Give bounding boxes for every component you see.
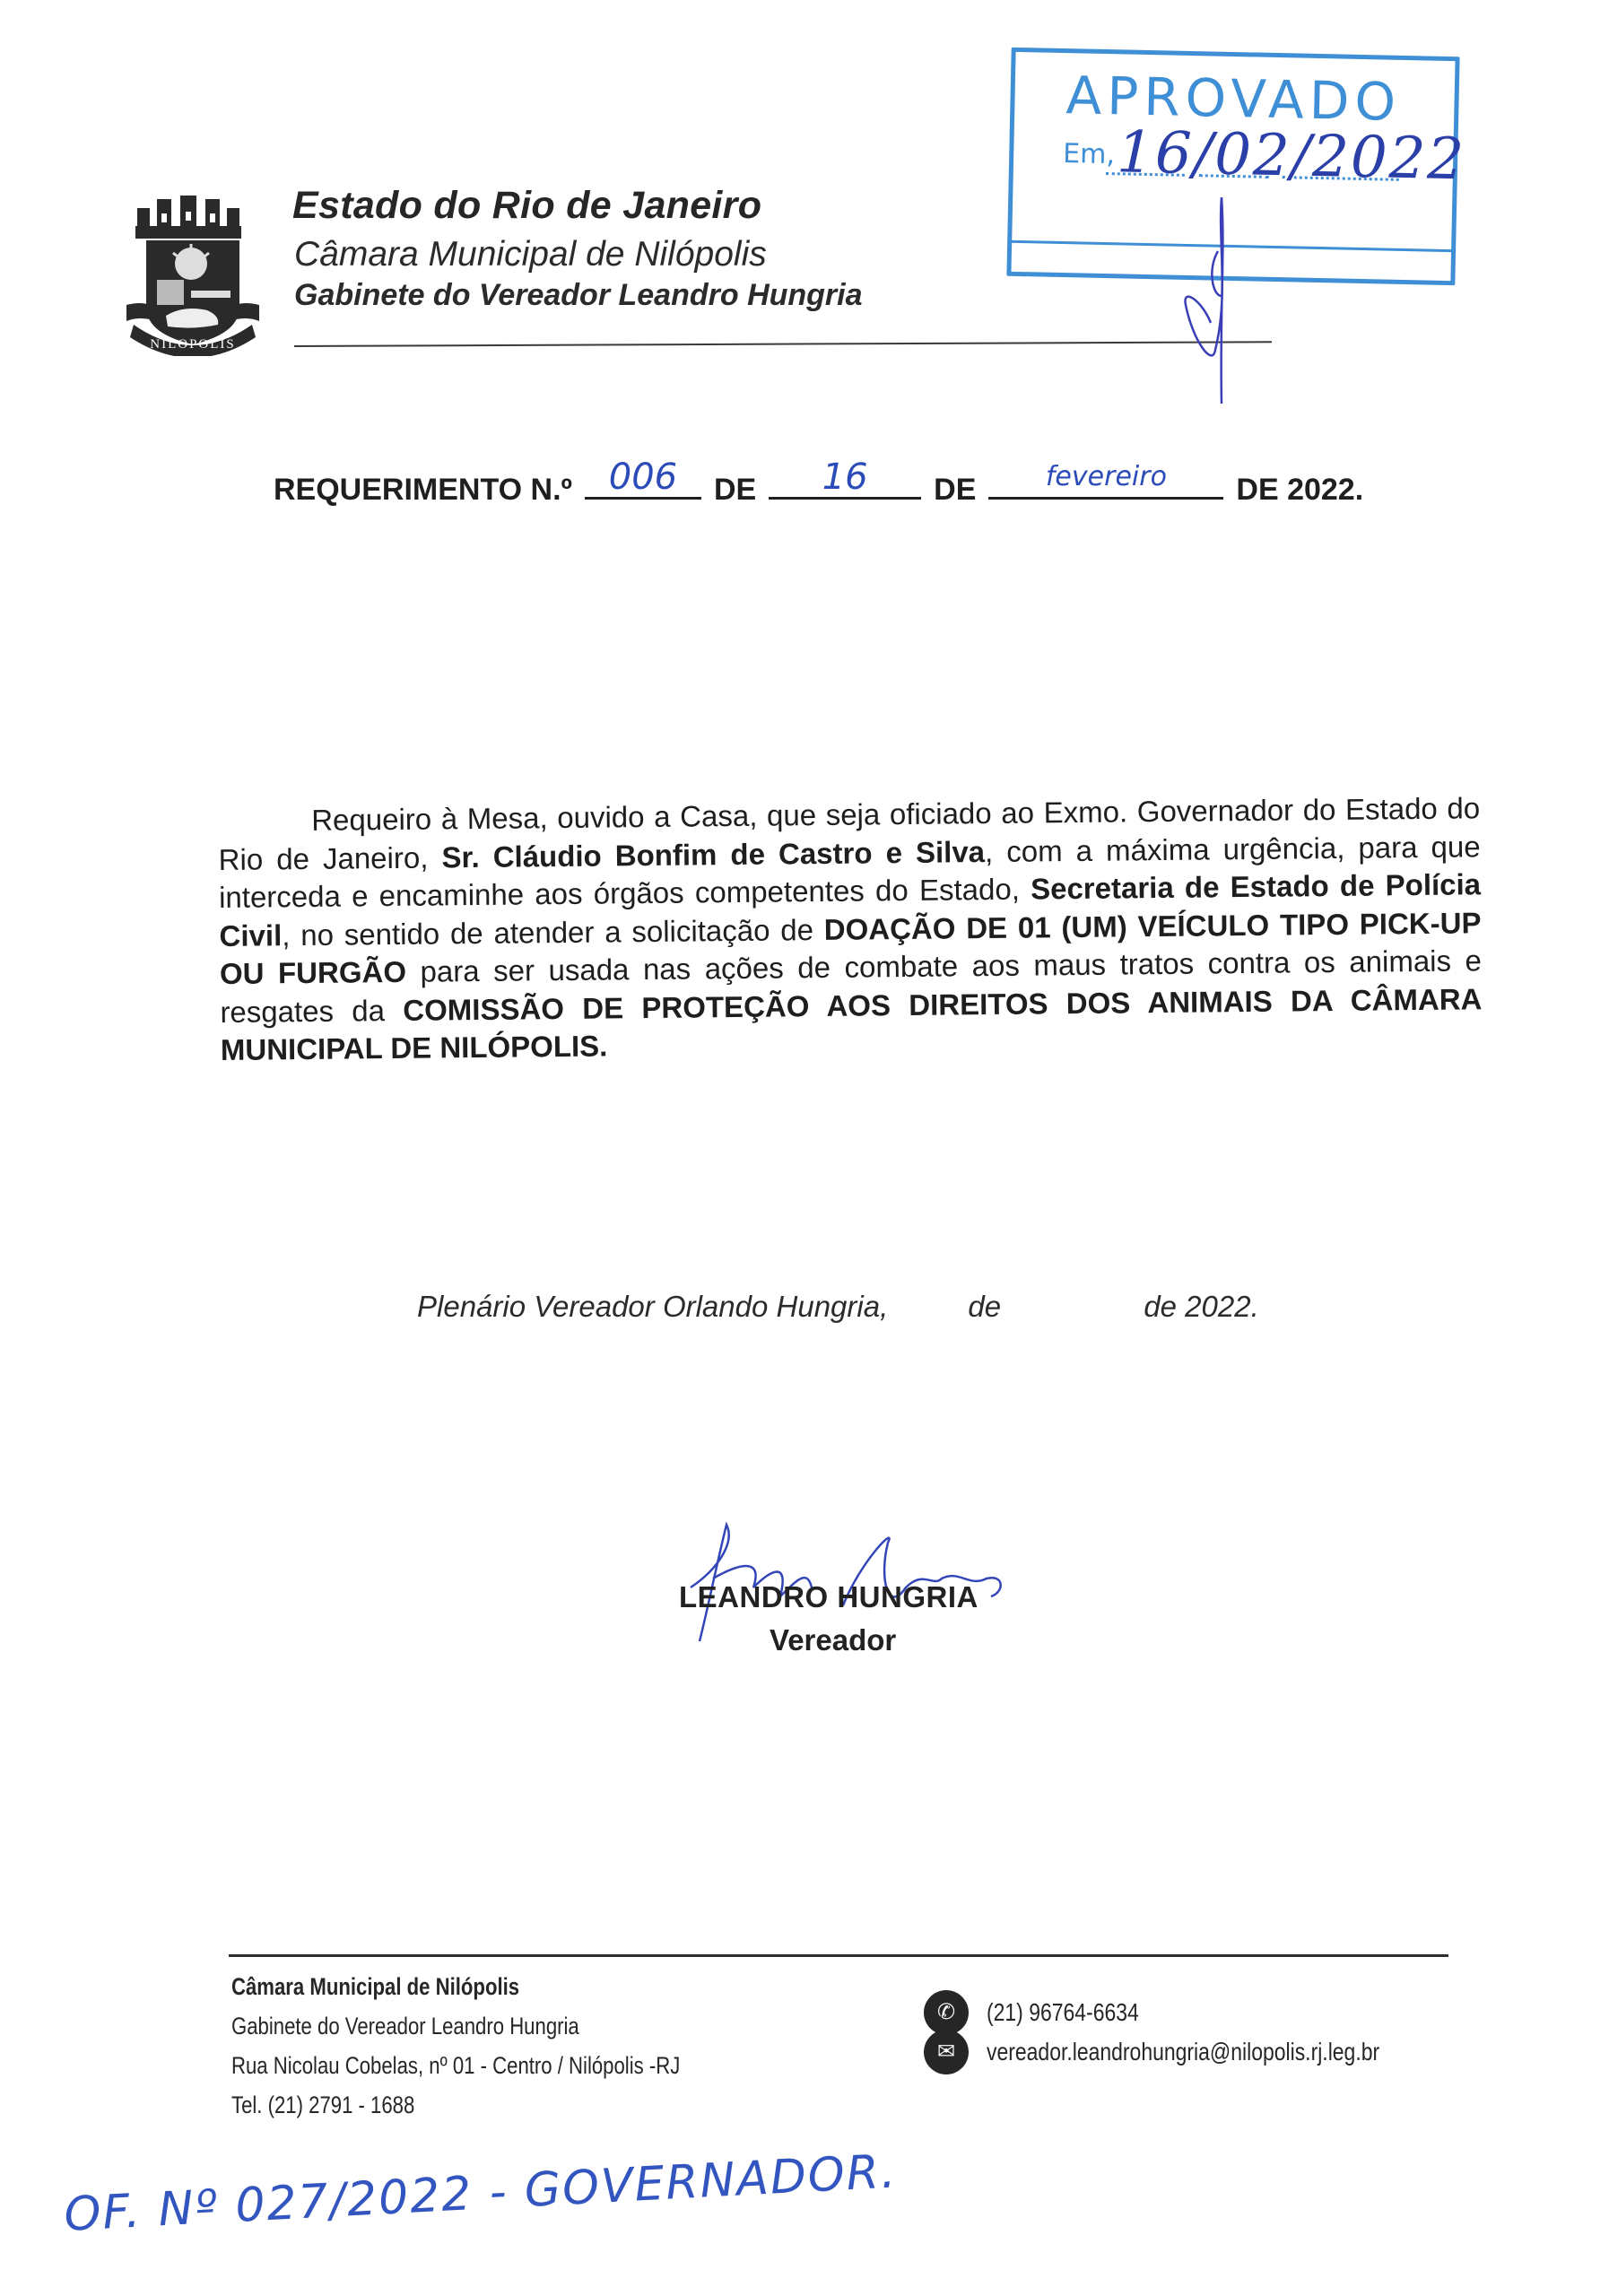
requirement-day: 16 xyxy=(769,459,921,495)
municipal-coat-of-arms-icon: NILOPOLIS xyxy=(121,190,265,356)
body-emphasis: COMISSÃO DE PROTEÇÃO AOS DIREITOS DOS AN… xyxy=(221,982,1483,1066)
requirement-de-label-2: DE xyxy=(934,473,976,507)
header-state-title: Estado do Rio de Janeiro xyxy=(292,184,761,228)
requirement-month-field: fevereiro xyxy=(988,466,1223,500)
approval-signature-icon xyxy=(1166,143,1274,413)
closing-day-label: de xyxy=(968,1290,1001,1324)
signatory-name: LEANDRO HUNGRIA xyxy=(679,1580,978,1614)
signatory-role: Vereador xyxy=(770,1623,896,1657)
body-emphasis: Sr. Cláudio Bonfim de Castro e Silva xyxy=(441,835,985,874)
closing-line: Plenário Vereador Orlando Hungria, de de… xyxy=(417,1290,1259,1324)
footer-whatsapp-number[interactable]: (21) 96764-6634 xyxy=(987,1993,1139,2032)
footer-office-name: Gabinete do Vereador Leandro Hungria xyxy=(231,2006,680,2046)
requirement-de-label: DE xyxy=(714,473,756,507)
footer-email-address[interactable]: vereador.leandrohungria@nilopolis.rj.leg… xyxy=(987,2032,1379,2072)
footer-address: Rua Nicolau Cobelas, nº 01 - Centro / Ni… xyxy=(231,2046,680,2085)
header-office-name: Gabinete do Vereador Leandro Hungria xyxy=(294,278,863,313)
footer-chamber-name: Câmara Municipal de Nilópolis xyxy=(231,1967,680,2006)
footer-contact-email: ✉ vereador.leandrohungria@nilopolis.rj.l… xyxy=(924,2032,1465,2072)
requirement-label: REQUERIMENTO N.º xyxy=(274,473,572,507)
requirement-header-line: REQUERIMENTO N.º006DE16DEfevereiroDE 202… xyxy=(274,466,1363,508)
whatsapp-icon: ✆ xyxy=(924,1990,969,2035)
footer-divider xyxy=(229,1954,1448,1957)
requirement-year: DE 2022. xyxy=(1236,473,1363,507)
requirement-month: fevereiro xyxy=(988,459,1223,495)
header-chamber-name: Câmara Municipal de Nilópolis xyxy=(294,235,767,274)
requirement-number-field: 006 xyxy=(585,466,701,500)
requirement-number: 006 xyxy=(585,459,701,495)
footer-telephone: Tel. (21) 2791 - 1688 xyxy=(231,2085,680,2125)
footer-contacts: ✆ (21) 96764-6634 ✉ vereador.leandrohung… xyxy=(924,1993,1465,2072)
body-text-segment: , no sentido de atender a solicitação de xyxy=(282,912,824,951)
svg-text:NILOPOLIS: NILOPOLIS xyxy=(150,337,236,352)
mail-icon: ✉ xyxy=(924,2030,969,2074)
header-divider xyxy=(294,341,1272,347)
footer-contact-whatsapp: ✆ (21) 96764-6634 xyxy=(924,1993,1465,2032)
closing-year: de 2022. xyxy=(1144,1290,1258,1324)
handwritten-office-note: OF. Nº 027/2022 - GOVERNADOR. xyxy=(63,2144,899,2242)
stamp-date-prefix: Em, xyxy=(1063,138,1115,170)
requirement-day-field: 16 xyxy=(769,466,921,500)
closing-place: Plenário Vereador Orlando Hungria, xyxy=(417,1290,888,1324)
requirement-body: Requeiro à Mesa, ouvido a Casa, que seja… xyxy=(218,789,1483,1069)
footer-address-block: Câmara Municipal de Nilópolis Gabinete d… xyxy=(231,1967,680,2125)
requirement-paragraph: Requeiro à Mesa, ouvido a Casa, que seja… xyxy=(218,789,1483,1069)
